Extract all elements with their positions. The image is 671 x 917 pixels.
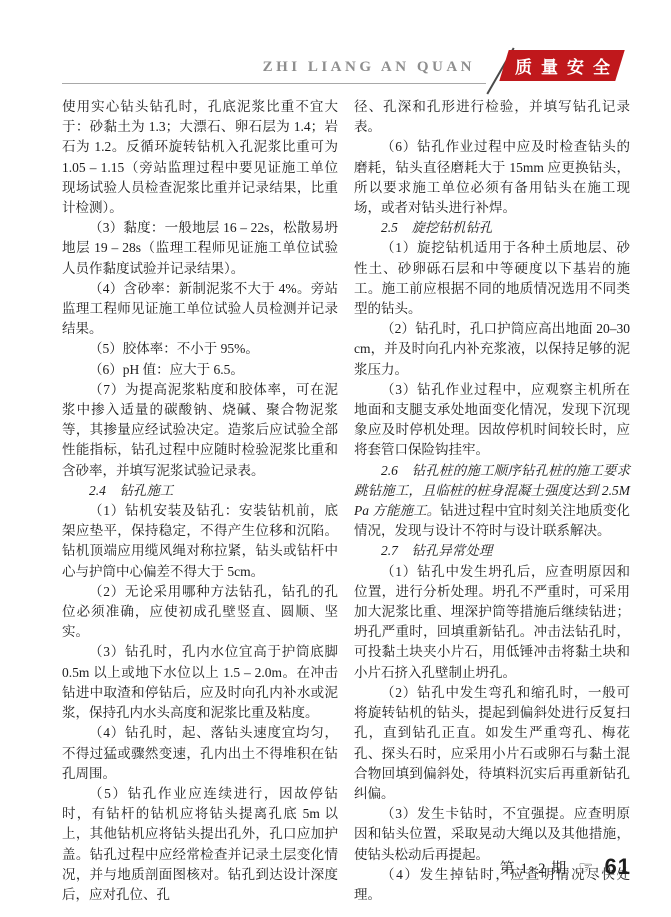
journal-pinyin-title: ZHI LIANG AN QUAN bbox=[263, 59, 475, 76]
page-number: 61 bbox=[605, 854, 631, 880]
content-columns: 使用实心钻头钻孔时，孔底泥浆比重不宜大于：砂黏土为 1.3；大漂石、卵石层为 1… bbox=[62, 97, 630, 905]
badge-label: 质量安全 bbox=[506, 53, 619, 78]
paragraph: （7）为提高泥浆粘度和胶体率，可在泥浆中掺入适量的碳酸钠、烧碱、聚合物泥浆等，其… bbox=[62, 380, 338, 481]
paragraph: （4）钻孔时，起、落钻头速度宜均匀，不得过猛或骤然变速，孔内出土不得堆积在钻孔周… bbox=[62, 723, 338, 784]
paragraph: （1）钻孔中发生坍孔后，应查明原因和位置，进行分析处理。坍孔不严重时，可采用加大… bbox=[354, 562, 630, 683]
paragraph: （6）钻孔作业过程中应及时检查钻头的磨耗，钻头直径磨耗大于 15mm 应更换钻头… bbox=[354, 137, 630, 218]
column-left: 使用实心钻头钻孔时，孔底泥浆比重不宜大于：砂黏土为 1.3；大漂石、卵石层为 1… bbox=[62, 97, 338, 905]
paragraph: 径、孔深和孔形进行检验，并填写钻孔记录表。 bbox=[354, 97, 630, 137]
paragraph: （2）无论采用哪种方法钻孔，钻孔的孔位必须准确，应使初成孔壁竖直、圆顺、坚实。 bbox=[62, 582, 338, 643]
paragraph: （3）黏度：一般地层 16 – 22s，松散易坍地层 19 – 28s（监理工程… bbox=[62, 218, 338, 279]
paragraph: （5）钻孔作业应连续进行，因故停钻时，有钻杆的钻机应将钻头提离孔底 5m 以上，… bbox=[62, 784, 338, 905]
paragraph: （2）钻孔中发生弯孔和缩孔时，一般可将旋转钻机的钻头，提起到偏斜处进行反复扫孔，… bbox=[354, 683, 630, 804]
paragraph: 2.6 钻孔桩的施工顺序钻孔桩的施工要求跳钻施工，且临桩的桩身混凝土强度达到 2… bbox=[354, 461, 630, 542]
paragraph: （5）胶体率：不小于 95%。 bbox=[62, 339, 338, 359]
paragraph: （1）旋挖钻机适用于各种土质地层、砂性土、砂卵砾石层和中等硬度以下基岩的施工。施… bbox=[354, 238, 630, 319]
paragraph: （3）钻孔时，孔内水位宜高于护筒底脚 0.5m 以上或地下水位以上 1.5 – … bbox=[62, 642, 338, 723]
column-right: 径、孔深和孔形进行检验，并填写钻孔记录表。（6）钻孔作业过程中应及时检查钻头的磨… bbox=[354, 97, 630, 905]
section-heading: 2.4 钻孔施工 bbox=[62, 481, 338, 501]
paragraph: （1）钻机安装及钻孔：安装钻机前，底架应垫平，保持稳定，不得产生位移和沉陷。钻机… bbox=[62, 501, 338, 582]
section-heading: 2.5 旋挖钻机钻孔 bbox=[354, 218, 630, 238]
pointing-hand-icon: ☞ bbox=[578, 859, 593, 876]
footer: 第 1~2 期 ☞ 61 bbox=[500, 854, 631, 880]
quality-safety-badge: 质量安全 bbox=[499, 50, 624, 81]
magazine-page: ZHI LIANG AN QUAN 质量安全 使用实心钻头钻孔时，孔底泥浆比重不… bbox=[0, 0, 671, 917]
paragraph: （6）pH 值：应大于 6.5。 bbox=[62, 360, 338, 380]
paragraph: （2）钻孔时，孔口护筒应高出地面 20–30cm，并及时向孔内补充浆液，以保持足… bbox=[354, 319, 630, 380]
paragraph: （4）含砂率：新制泥浆不大于 4%。旁站监理工程师见证施工单位试验人员检测并记录… bbox=[62, 279, 338, 340]
paragraph: （3）钻孔作业过程中，应观察主机所在地面和支腿支承处地面变化情况，发现下沉现象应… bbox=[354, 380, 630, 461]
paragraph: 使用实心钻头钻孔时，孔底泥浆比重不宜大于：砂黏土为 1.3；大漂石、卵石层为 1… bbox=[62, 97, 338, 218]
header-rule bbox=[62, 83, 486, 84]
issue-label: 第 1~2 期 bbox=[500, 857, 568, 878]
section-heading: 2.7 钻孔异常处理 bbox=[354, 541, 630, 561]
